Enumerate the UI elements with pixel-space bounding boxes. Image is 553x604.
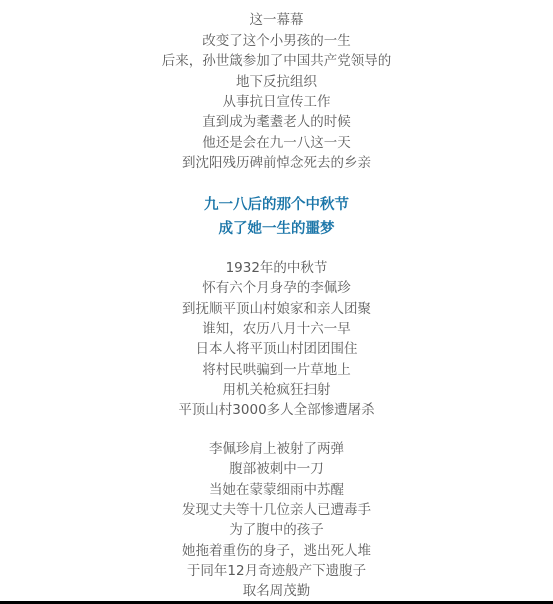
text-line: 腹部被刺中一刀: [0, 459, 553, 479]
text-line: 后来，孙世箴参加了中国共产党领导的: [0, 51, 553, 71]
text-line: 李佩珍肩上被射了两弹: [0, 439, 553, 459]
text-line: 怀有六个月身孕的李佩珍: [0, 278, 553, 298]
text-line: 平顶山村3000多人全部惨遭屠杀: [0, 400, 553, 420]
text-line: 日本人将平顶山村团团围住: [0, 339, 553, 359]
text-line: 他还是会在九一八这一天: [0, 133, 553, 153]
text-line: 为了腹中的孩子: [0, 520, 553, 540]
text-line: 到抚顺平顶山村娘家和亲人团聚: [0, 299, 553, 319]
text-line: 这一幕幕: [0, 10, 553, 30]
text-line: 到沈阳残历碑前悼念死去的乡亲: [0, 153, 553, 173]
text-line: 1932年的中秋节: [0, 258, 553, 278]
text-line: 她拖着重伤的身子，逃出死人堆: [0, 541, 553, 561]
text-line: 改变了这个小男孩的一生: [0, 31, 553, 51]
text-line: 地下反抗组织: [0, 72, 553, 92]
heading-line: 成了她一生的噩梦: [0, 217, 553, 241]
text-line: 将村民哄骗到一片草地上: [0, 360, 553, 380]
heading-line: 九一八后的那个中秋节: [0, 193, 553, 217]
text-line: 当她在蒙蒙细雨中苏醒: [0, 480, 553, 500]
text-line: 从事抗日宣传工作: [0, 92, 553, 112]
text-line: 取名周茂勤: [0, 581, 553, 601]
text-line: 直到成为耄耋老人的时候: [0, 112, 553, 132]
text-line: 发现丈夫等十几位亲人已遭毒手: [0, 500, 553, 520]
text-line: 用机关枪疯狂扫射: [0, 380, 553, 400]
text-line: 于同年12月奇迹般产下遗腹子: [0, 561, 553, 581]
text-line: 谁知，农历八月十六一早: [0, 319, 553, 339]
